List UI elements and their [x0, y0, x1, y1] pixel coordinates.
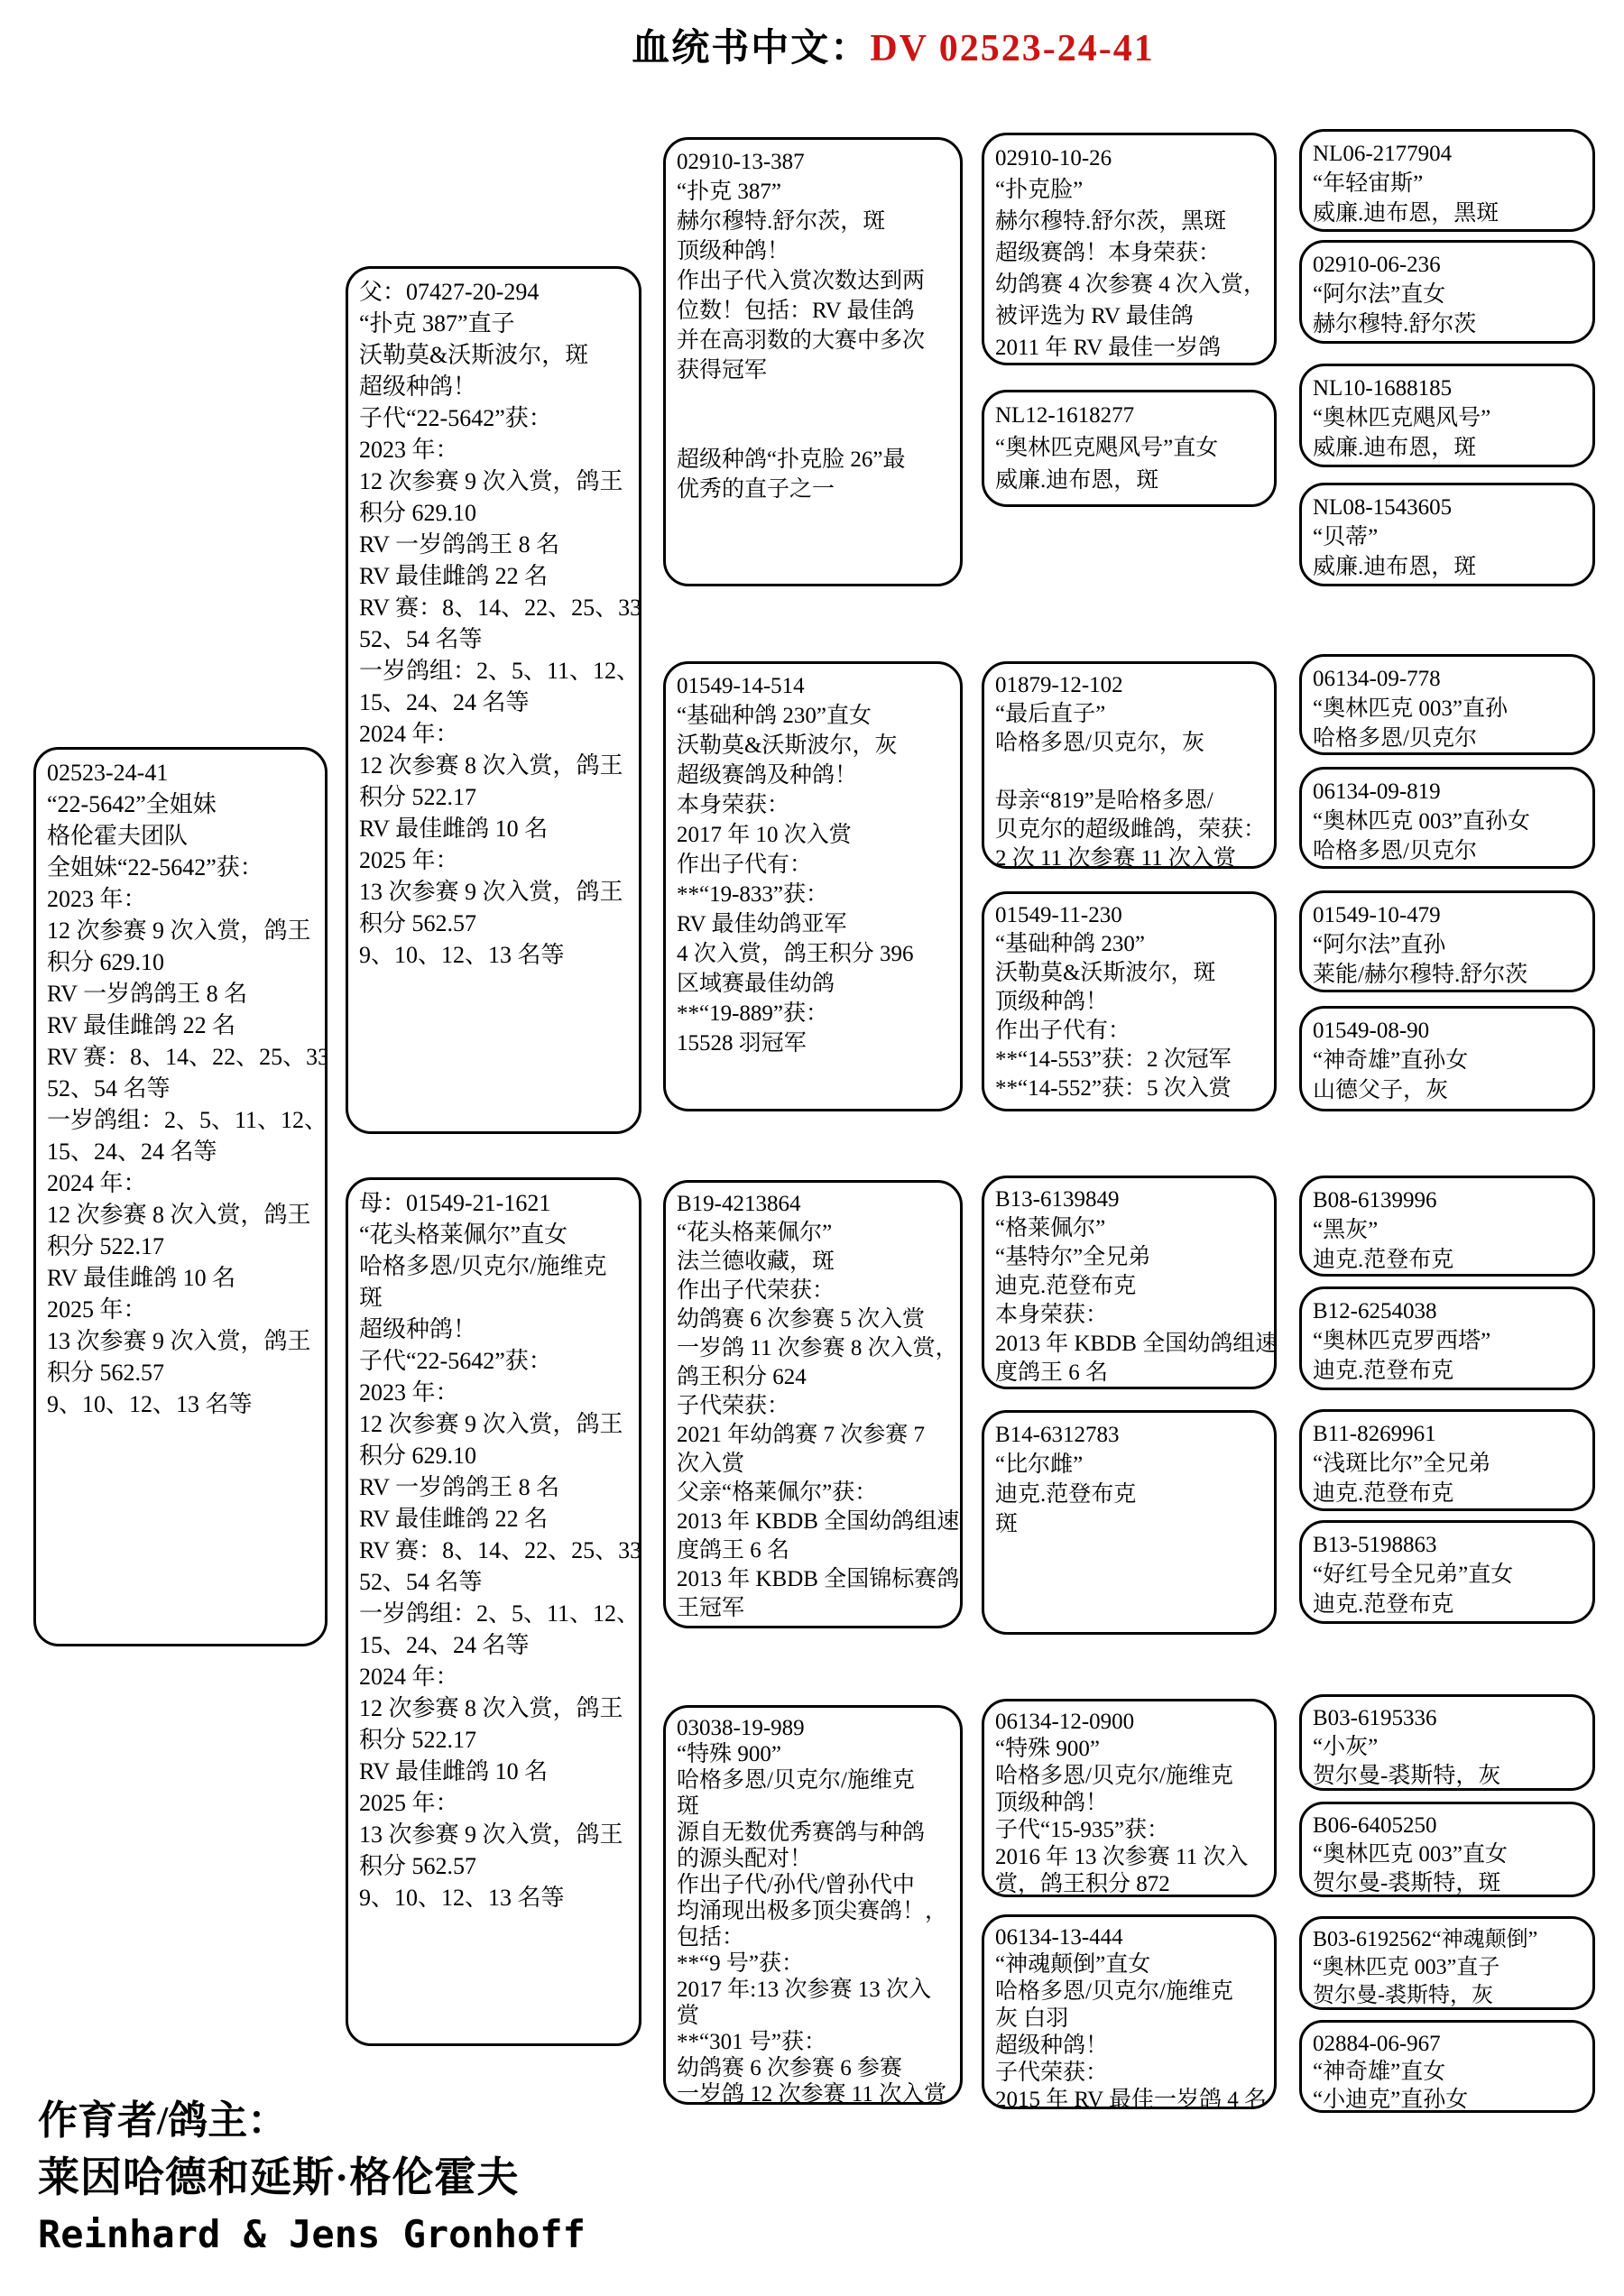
- pedigree-line: 顶级种鸽！: [995, 1790, 1270, 1817]
- pedigree-line: **“14-552”获：5 次入赏: [995, 1074, 1270, 1103]
- pedigree-line: 超级赛鸽及种鸽！: [677, 761, 956, 790]
- pedigree-line: 积分 562.57: [359, 1850, 635, 1882]
- pedigree-line: 作出子代入赏次数达到两: [677, 266, 956, 296]
- pedigree-line: 2025 年：: [359, 844, 635, 876]
- pedigree-line: 作出子代荣获：: [677, 1277, 956, 1305]
- pedigree-line: 父：07427-20-294: [359, 276, 635, 308]
- pedigree-line: **“19-833”获：: [677, 880, 956, 909]
- pedigree-line: 位数！包括：RV 最佳鸽: [677, 296, 956, 326]
- pedigree-line: 9、10、12、13 名等: [47, 1388, 321, 1420]
- pedigree-line: 幼鸽赛 4 次参赛 4 次入赏，: [995, 269, 1270, 300]
- pedigree-line: 2023 年：: [47, 883, 321, 915]
- pedigree-line: 法兰德收藏，斑: [677, 1248, 956, 1277]
- pedigree-box-gen5-16: 02884-06-967“神奇雄”直女“小迪克”直孙女: [1299, 2020, 1595, 2113]
- pedigree-line: 全姐妹“22-5642”获：: [47, 852, 321, 883]
- pedigree-line: 12 次参赛 8 次入赏，鸽王: [47, 1199, 321, 1231]
- pedigree-line: 灰 白羽: [995, 2006, 1270, 2033]
- pedigree-line: “黑灰”: [1313, 1215, 1589, 1245]
- pedigree-line: 03038-19-989: [677, 1715, 956, 1741]
- pedigree-line: 12 次参赛 9 次入赏，鸽王: [359, 1408, 635, 1440]
- pedigree-line: 一岁鸽 11 次参赛 8 次入赏，: [677, 1334, 956, 1363]
- pedigree-line: 02523-24-41: [47, 757, 321, 788]
- pedigree-line: “基特尔”全兄弟: [995, 1243, 1270, 1272]
- pedigree-line: “基础种鸽 230”直女: [677, 701, 956, 731]
- pedigree-line: 本身荣获：: [995, 1301, 1270, 1330]
- pedigree-line: “奥林匹克 003”直孙女: [1313, 807, 1589, 836]
- pedigree-line: “神魂颠倒”直女: [995, 1951, 1270, 1978]
- breeder-heading: 作育者/鸽主：: [38, 2093, 586, 2149]
- pedigree-line: “特殊 900”: [677, 1741, 956, 1767]
- pedigree-line: 赏: [677, 2003, 956, 2029]
- pedigree-line: 06134-13-444: [995, 1924, 1270, 1951]
- pedigree-line: 9、10、12、13 名等: [359, 939, 635, 971]
- pedigree-line: “最后直子”: [995, 700, 1270, 729]
- pedigree-line: 格伦霍夫团队: [47, 820, 321, 852]
- title-label: 血统书中文：: [632, 28, 870, 69]
- breeder-name-en: Reinhard & Jens Gronhoff: [38, 2207, 586, 2263]
- pedigree-line: 母亲“819”是哈格多恩/: [995, 787, 1270, 816]
- pedigree-line: 哈格多恩/贝克尔/施维克: [995, 1978, 1270, 2006]
- pedigree-box-gen4-8: 06134-13-444“神魂颠倒”直女哈格多恩/贝克尔/施维克灰 白羽超级种鸽…: [982, 1914, 1277, 2109]
- pedigree-line: 顶级种鸽！: [995, 988, 1270, 1017]
- pedigree-line: 沃勒莫&沃斯波尔，灰: [677, 731, 956, 761]
- pedigree-line: 2025 年：: [47, 1294, 321, 1325]
- pedigree-box-father: 父：07427-20-294“扑克 387”直子沃勒莫&沃斯波尔，斑超级种鸽！子…: [346, 266, 641, 1134]
- pedigree-line: 作出子代有：: [995, 1017, 1270, 1046]
- pedigree-line: 度鸽王 6 名: [677, 1536, 956, 1565]
- pedigree-line: B12-6254038: [1313, 1296, 1589, 1326]
- pedigree-line: 沃勒莫&沃斯波尔，斑: [995, 959, 1270, 988]
- pedigree-line: 包括：: [677, 1924, 956, 1950]
- pedigree-line: “奥林匹克 003”直孙: [1313, 694, 1589, 724]
- pedigree-line: NL06-2177904: [1313, 139, 1589, 169]
- pedigree-line: “22-5642”全姐妹: [47, 788, 321, 820]
- pedigree-box-gen5-9: B08-6139996“黑灰”迪克.范登布克: [1299, 1176, 1595, 1277]
- pedigree-line: 12 次参赛 8 次入赏，鸽王: [359, 750, 635, 781]
- pedigree-line: RV 一岁鸽鸽王 8 名: [359, 529, 635, 560]
- pedigree-line: 积分 629.10: [359, 497, 635, 529]
- pedigree-line: 均涌现出极多顶尖赛鸽！，: [677, 1898, 956, 1924]
- pedigree-line: 山德父子，灰: [1313, 1075, 1589, 1105]
- pedigree-line: NL10-1688185: [1313, 373, 1589, 403]
- pedigree-line: 赏，鸽王积分 872: [995, 1871, 1270, 1897]
- pedigree-line: RV 最佳雌鸽 22 名: [359, 1503, 635, 1535]
- pedigree-line: 并在高羽数的大赛中多次: [677, 326, 956, 355]
- pedigree-box-pat-grandmother: 01549-14-514“基础种鸽 230”直女沃勒莫&沃斯波尔，灰超级赛鸽及种…: [663, 661, 963, 1111]
- pedigree-line: 2023 年：: [359, 434, 635, 466]
- pedigree-line: 斑: [995, 1509, 1270, 1539]
- pedigree-box-gen5-4: NL08-1543605“贝蒂”威廉.迪布恩，斑: [1299, 483, 1595, 586]
- pedigree-line: **“14-553”获：2 次冠军: [995, 1046, 1270, 1074]
- pedigree-line: 哈格多恩/贝克尔，灰: [995, 729, 1270, 758]
- pedigree-line: B03-6195336: [1313, 1704, 1589, 1733]
- breeder-block: 作育者/鸽主： 莱因哈德和延斯·格伦霍夫 Reinhard & Jens Gro…: [38, 2093, 586, 2263]
- pedigree-line: 赫尔穆特.舒尔茨: [1313, 309, 1589, 339]
- pedigree-line: 01549-08-90: [1313, 1016, 1589, 1046]
- pedigree-line: “年轻宙斯”: [1313, 169, 1589, 198]
- pedigree-line: “浅斑比尔”全兄弟: [1313, 1449, 1589, 1479]
- pedigree-line: 莱能/赫尔穆特.舒尔茨: [1313, 960, 1589, 990]
- pedigree-line: 2016 年 13 次参赛 11 次入: [995, 1844, 1270, 1871]
- pedigree-box-pat-grandfather: 02910-13-387“扑克 387”赫尔穆特.舒尔茨，斑顶级种鸽！作出子代入…: [663, 137, 963, 586]
- pedigree-box-gen5-5: 06134-09-778“奥林匹克 003”直孙哈格多恩/贝克尔: [1299, 654, 1595, 755]
- pedigree-line: 13 次参赛 9 次入赏，鸽王: [359, 876, 635, 908]
- pedigree-box-gen4-5: B13-6139849“格莱佩尔”“基特尔”全兄弟迪克.范登布克本身荣获：201…: [982, 1176, 1277, 1389]
- pedigree-line: 获得冠军: [677, 355, 956, 385]
- pedigree-line: 2021 年幼鸽赛 7 次参赛 7: [677, 1421, 956, 1450]
- pedigree-line: 源自无数优秀赛鸽与种鸽: [677, 1820, 956, 1846]
- pedigree-line: RV 一岁鸽鸽王 8 名: [47, 978, 321, 1010]
- pedigree-line: 贺尔曼-裘斯特，灰: [1313, 1762, 1589, 1791]
- pedigree-line: **“9 号”获：: [677, 1950, 956, 1977]
- pedigree-line: 度鸽王 6 名: [995, 1359, 1270, 1388]
- pedigree-line: RV 赛：8、14、22、25、33、: [47, 1041, 321, 1073]
- pedigree-line: [677, 415, 956, 445]
- pedigree-line: 一岁鸽组：2、5、11、12、: [47, 1104, 321, 1136]
- pedigree-line: 一岁鸽 12 次参赛 11 次入赏: [677, 2081, 956, 2105]
- pedigree-box-gen5-11: B11-8269961“浅斑比尔”全兄弟迪克.范登布克: [1299, 1409, 1595, 1511]
- pedigree-line: 迪克.范登布克: [1313, 1356, 1589, 1386]
- pedigree-box-mother: 母：01549-21-1621“花头格莱佩尔”直女哈格多恩/贝克尔/施维克斑超级…: [346, 1177, 641, 2046]
- pedigree-line: 超级种鸽！: [359, 371, 635, 402]
- pedigree-line: RV 赛：8、14、22、25、33、: [359, 1535, 635, 1566]
- pedigree-line: 积分 522.17: [359, 781, 635, 813]
- pedigree-line: NL12-1618277: [995, 400, 1270, 432]
- pedigree-line: 迪克.范登布克: [995, 1480, 1270, 1509]
- pedigree-line: 赫尔穆特.舒尔茨，斑: [677, 207, 956, 236]
- pedigree-box-gen5-7: 01549-10-479“阿尔法”直孙莱能/赫尔穆特.舒尔茨: [1299, 890, 1595, 992]
- pedigree-line: 15、24、24 名等: [47, 1136, 321, 1167]
- pedigree-line: 12 次参赛 8 次入赏，鸽王: [359, 1692, 635, 1724]
- pedigree-box-gen5-14: B06-6405250“奥林匹克 003”直女贺尔曼-裘斯特，斑: [1299, 1802, 1595, 1897]
- pedigree-line: 迪克.范登布克: [1313, 1590, 1589, 1619]
- pedigree-line: 迪克.范登布克: [1313, 1245, 1589, 1275]
- pedigree-line: 12 次参赛 9 次入赏，鸽王: [47, 915, 321, 946]
- pedigree-line: 子代荣获：: [995, 2060, 1270, 2087]
- pedigree-line: “阿尔法”直女: [1313, 280, 1589, 309]
- pedigree-line: “奥林匹克 003”直女: [1313, 1840, 1589, 1869]
- pedigree-line: 作出子代有：: [677, 850, 956, 880]
- pedigree-line: 01879-12-102: [995, 671, 1270, 700]
- pedigree-line: 2017 年 10 次入赏: [677, 820, 956, 850]
- pedigree-line: 作出子代/孙代/曾孙代中: [677, 1872, 956, 1898]
- pedigree-line: 2015 年 RV 最佳一岁鸽 4 名: [995, 2087, 1270, 2109]
- pedigree-line: 02910-06-236: [1313, 250, 1589, 280]
- pedigree-line: 赫尔穆特.舒尔茨，黑斑: [995, 206, 1270, 237]
- pedigree-line: **“19-889”获：: [677, 999, 956, 1028]
- pedigree-line: 2024 年：: [359, 1661, 635, 1692]
- pedigree-line: 13 次参赛 9 次入赏，鸽王: [47, 1325, 321, 1357]
- pedigree-line: 子代荣获：: [677, 1392, 956, 1421]
- pedigree-line: 52、54 名等: [47, 1073, 321, 1104]
- pedigree-line: “神奇雄”直女: [1313, 2058, 1589, 2086]
- pedigree-line: 积分 562.57: [47, 1357, 321, 1388]
- pedigree-line: RV 最佳雌鸽 10 名: [359, 813, 635, 844]
- pedigree-line: “奥林匹克飓风号”: [1313, 403, 1589, 433]
- pedigree-line: 2025 年：: [359, 1787, 635, 1819]
- pedigree-line: 积分 522.17: [359, 1724, 635, 1756]
- pedigree-line: RV 一岁鸽鸽王 8 名: [359, 1471, 635, 1503]
- pedigree-box-mat-grandmother: 03038-19-989“特殊 900”哈格多恩/贝克尔/施维克斑源自无数优秀赛…: [663, 1705, 963, 2105]
- pedigree-line: 2017 年:13 次参赛 13 次入: [677, 1977, 956, 2003]
- pedigree-line: 2013 年 KBDB 全国锦标赛鸽: [677, 1565, 956, 1594]
- pedigree-line: 02884-06-967: [1313, 2030, 1589, 2058]
- pedigree-line: “扑克 387”直子: [359, 308, 635, 339]
- pedigree-line: “贝蒂”: [1313, 522, 1589, 552]
- pedigree-line: RV 最佳雌鸽 10 名: [47, 1262, 321, 1294]
- pedigree-box-gen4-1: 02910-10-26“扑克脸”赫尔穆特.舒尔茨，黑斑超级赛鸽！本身荣获：幼鸽赛…: [982, 133, 1277, 365]
- pedigree-line: B19-4213864: [677, 1190, 956, 1219]
- pedigree-line: RV 赛：8、14、22、25、33、: [359, 592, 635, 623]
- pedigree-line: B11-8269961: [1313, 1419, 1589, 1449]
- pedigree-line: RV 最佳幼鸽亚军: [677, 909, 956, 939]
- pedigree-line: 子代“22-5642”获：: [359, 402, 635, 434]
- pedigree-line: 02910-10-26: [995, 143, 1270, 174]
- pedigree-line: 4 次入赏，鸽王积分 396: [677, 939, 956, 969]
- pedigree-line: 哈格多恩/贝克尔/施维克: [359, 1250, 635, 1282]
- pedigree-line: 一岁鸽组：2、5、11、12、: [359, 1598, 635, 1629]
- pedigree-line: 子代“22-5642”获：: [359, 1345, 635, 1377]
- pedigree-line: B08-6139996: [1313, 1185, 1589, 1215]
- pedigree-box-mat-grandfather: B19-4213864“花头格莱佩尔”法兰德收藏，斑作出子代荣获：幼鸽赛 6 次…: [663, 1180, 963, 1628]
- pedigree-line: “比尔雌”: [995, 1450, 1270, 1480]
- pedigree-line: 顶级种鸽！: [677, 236, 956, 266]
- pedigree-line: 06134-09-778: [1313, 664, 1589, 694]
- pedigree-box-gen5-3: NL10-1688185“奥林匹克飓风号”威廉.迪布恩，斑: [1299, 364, 1595, 467]
- pedigree-line: 13 次参赛 9 次入赏，鸽王: [359, 1819, 635, 1850]
- pedigree-line: 积分 629.10: [359, 1440, 635, 1471]
- pedigree-line: 2024 年：: [359, 718, 635, 750]
- pedigree-line: 贺尔曼-裘斯特，灰: [1313, 1982, 1589, 2010]
- pedigree-line: 威廉.迪布恩，斑: [1313, 552, 1589, 582]
- pedigree-box-gen4-7: 06134-12-0900“特殊 900”哈格多恩/贝克尔/施维克顶级种鸽！子代…: [982, 1699, 1277, 1897]
- pedigree-line: 贺尔曼-裘斯特，斑: [1313, 1869, 1589, 1897]
- pedigree-line: RV 最佳雌鸽 10 名: [359, 1756, 635, 1787]
- pedigree-line: 9、10、12、13 名等: [359, 1882, 635, 1913]
- pedigree-line: “花头格莱佩尔”: [677, 1219, 956, 1248]
- pedigree-box-gen5-2: 02910-06-236“阿尔法”直女赫尔穆特.舒尔茨: [1299, 240, 1595, 344]
- pedigree-line: 积分 629.10: [47, 946, 321, 978]
- pedigree-line: 一岁鸽组：2、5、11、12、: [359, 655, 635, 687]
- pedigree-box-gen4-4: 01549-11-230“基础种鸽 230”沃勒莫&沃斯波尔，斑顶级种鸽！作出子…: [982, 891, 1277, 1111]
- pedigree-line: 次入赏: [677, 1450, 956, 1479]
- pedigree-line: 积分 522.17: [47, 1231, 321, 1262]
- pedigree-line: “阿尔法”直孙: [1313, 930, 1589, 960]
- pedigree-box-gen5-10: B12-6254038“奥林匹克罗西塔”迪克.范登布克: [1299, 1286, 1595, 1390]
- pedigree-line: 父亲“格莱佩尔”获：: [677, 1479, 956, 1508]
- pedigree-line: 威廉.迪布恩，斑: [1313, 433, 1589, 463]
- pedigree-line: 鸽王积分 624: [677, 1363, 956, 1392]
- page-title: 血统书中文：DV 02523-24-41: [162, 18, 1624, 72]
- pedigree-line: 幼鸽赛 6 次参赛 5 次入赏: [677, 1305, 956, 1334]
- pedigree-line: 本身荣获：: [677, 790, 956, 820]
- pedigree-line: 02910-13-387: [677, 147, 956, 177]
- pedigree-box-gen4-6: B14-6312783“比尔雌”迪克.范登布克斑: [982, 1410, 1277, 1635]
- pedigree-line: 超级种鸽“扑克脸 26”最: [677, 445, 956, 475]
- pedigree-line: 06134-12-0900: [995, 1709, 1270, 1736]
- pedigree-line: 优秀的直子之一: [677, 475, 956, 504]
- pedigree-line: 52、54 名等: [359, 1566, 635, 1598]
- pedigree-line: “基础种鸽 230”: [995, 930, 1270, 959]
- pedigree-box-gen5-13: B03-6195336“小灰”贺尔曼-裘斯特，灰: [1299, 1694, 1595, 1791]
- pedigree-line: 2013 年 KBDB 全国幼鸽组速: [677, 1508, 956, 1536]
- pedigree-box-gen4-3: 01879-12-102“最后直子”哈格多恩/贝克尔，灰 母亲“819”是哈格多…: [982, 661, 1277, 869]
- title-ring-number: DV 02523-24-41: [870, 28, 1154, 69]
- pedigree-line: 斑: [359, 1282, 635, 1314]
- pedigree-box-gen5-6: 06134-09-819“奥林匹克 003”直孙女哈格多恩/贝克尔: [1299, 767, 1595, 869]
- pedigree-line: 2 次 11 次参赛 11 次入赏: [995, 844, 1270, 869]
- pedigree-line: 15、24、24 名等: [359, 1629, 635, 1661]
- pedigree-line: 超级种鸽！: [995, 2033, 1270, 2060]
- pedigree-line: 06134-09-819: [1313, 777, 1589, 807]
- pedigree-line: RV 最佳雌鸽 22 名: [47, 1010, 321, 1041]
- pedigree-line: B14-6312783: [995, 1420, 1270, 1450]
- pedigree-line: 被评选为 RV 最佳鸽: [995, 300, 1270, 332]
- pedigree-box-gen5-12: B13-5198863“好红号全兄弟”直女迪克.范登布克: [1299, 1520, 1595, 1624]
- pedigree-line: [995, 758, 1270, 787]
- pedigree-line: 2024 年：: [47, 1167, 321, 1199]
- pedigree-line: 15、24、24 名等: [359, 687, 635, 718]
- pedigree-line: 01549-14-514: [677, 671, 956, 701]
- pedigree-line: 2023 年：: [359, 1377, 635, 1408]
- pedigree-line: “奥林匹克罗西塔”: [1313, 1326, 1589, 1356]
- pedigree-line: “扑克脸”: [995, 174, 1270, 206]
- pedigree-line: 哈格多恩/贝克尔/施维克: [995, 1763, 1270, 1790]
- pedigree-line: B13-5198863: [1313, 1530, 1589, 1560]
- pedigree-line: “奥林匹克 003”直子: [1313, 1954, 1589, 1982]
- pedigree-box-subject: 02523-24-41“22-5642”全姐妹格伦霍夫团队全姐妹“22-5642…: [33, 747, 328, 1646]
- pedigree-line: “特殊 900”: [995, 1736, 1270, 1763]
- pedigree-line: 子代“15-935”获：: [995, 1817, 1270, 1844]
- pedigree-line: **“301 号”获：: [677, 2029, 956, 2055]
- pedigree-line: 沃勒莫&沃斯波尔，斑: [359, 339, 635, 371]
- pedigree-line: “格莱佩尔”: [995, 1214, 1270, 1243]
- pedigree-line: NL08-1543605: [1313, 493, 1589, 522]
- pedigree-line: B03-6192562“神魂颠倒”: [1313, 1926, 1589, 1954]
- pedigree-line: “好红号全兄弟”直女: [1313, 1560, 1589, 1590]
- pedigree-line: 母：01549-21-1621: [359, 1187, 635, 1219]
- pedigree-box-gen4-2: NL12-1618277“奥林匹克飓风号”直女威廉.迪布恩，斑: [982, 390, 1277, 507]
- pedigree-line: 的源头配对！: [677, 1846, 956, 1872]
- pedigree-line: “小灰”: [1313, 1733, 1589, 1762]
- pedigree-line: 超级赛鸽！本身荣获：: [995, 237, 1270, 269]
- pedigree-line: 15528 羽冠军: [677, 1028, 956, 1058]
- pedigree-box-gen5-8: 01549-08-90“神奇雄”直孙女山德父子，灰: [1299, 1006, 1595, 1111]
- pedigree-line: B06-6405250: [1313, 1812, 1589, 1840]
- pedigree-line: 迪克.范登布克: [995, 1272, 1270, 1301]
- pedigree-line: [677, 385, 956, 415]
- pedigree-line: 01549-10-479: [1313, 900, 1589, 930]
- pedigree-line: 迪克.范登布克: [1313, 1479, 1589, 1508]
- pedigree-line: 区域赛最佳幼鸽: [677, 969, 956, 999]
- pedigree-line: 威廉.迪布恩，斑: [995, 465, 1270, 497]
- pedigree-line: 12 次参赛 9 次入赏，鸽王: [359, 466, 635, 497]
- pedigree-line: 哈格多恩/贝克尔/施维克: [677, 1767, 956, 1793]
- breeder-name-cn: 莱因哈德和延斯·格伦霍夫: [38, 2149, 586, 2207]
- pedigree-line: 积分 562.57: [359, 908, 635, 939]
- pedigree-line: “扑克 387”: [677, 177, 956, 207]
- pedigree-line: “神奇雄”直孙女: [1313, 1046, 1589, 1075]
- pedigree-line: 2013 年 KBDB 全国幼鸽组速: [995, 1330, 1270, 1359]
- pedigree-line: 超级种鸽！: [359, 1314, 635, 1345]
- pedigree-line: “小迪克”直孙女: [1313, 2086, 1589, 2113]
- pedigree-line: 2011 年 RV 最佳一岁鸽: [995, 332, 1270, 364]
- pedigree-line: 哈格多恩/贝克尔: [1313, 836, 1589, 866]
- pedigree-box-gen5-15: B03-6192562“神魂颠倒”“奥林匹克 003”直子贺尔曼-裘斯特，灰: [1299, 1916, 1595, 2010]
- pedigree-line: 幼鸽赛 6 次参赛 6 参赛: [677, 2055, 956, 2081]
- pedigree-line: 王冠军: [677, 1594, 956, 1623]
- pedigree-line: RV 最佳雌鸽 22 名: [359, 560, 635, 592]
- pedigree-line: 01549-11-230: [995, 901, 1270, 930]
- pedigree-line: 斑: [677, 1793, 956, 1820]
- pedigree-document: 血统书中文：DV 02523-24-41 02523-24-41“22-5642…: [0, 0, 1624, 2296]
- pedigree-line: B13-6139849: [995, 1185, 1270, 1214]
- pedigree-line: “奥林匹克飓风号”直女: [995, 432, 1270, 465]
- pedigree-line: “花头格莱佩尔”直女: [359, 1219, 635, 1250]
- pedigree-box-gen5-1: NL06-2177904“年轻宙斯”威廉.迪布恩，黑斑: [1299, 129, 1595, 232]
- pedigree-line: 贝克尔的超级雌鸽，荣获：: [995, 816, 1270, 844]
- pedigree-line: 52、54 名等: [359, 623, 635, 655]
- pedigree-line: 哈格多恩/贝克尔: [1313, 724, 1589, 753]
- pedigree-line: 威廉.迪布恩，黑斑: [1313, 198, 1589, 228]
